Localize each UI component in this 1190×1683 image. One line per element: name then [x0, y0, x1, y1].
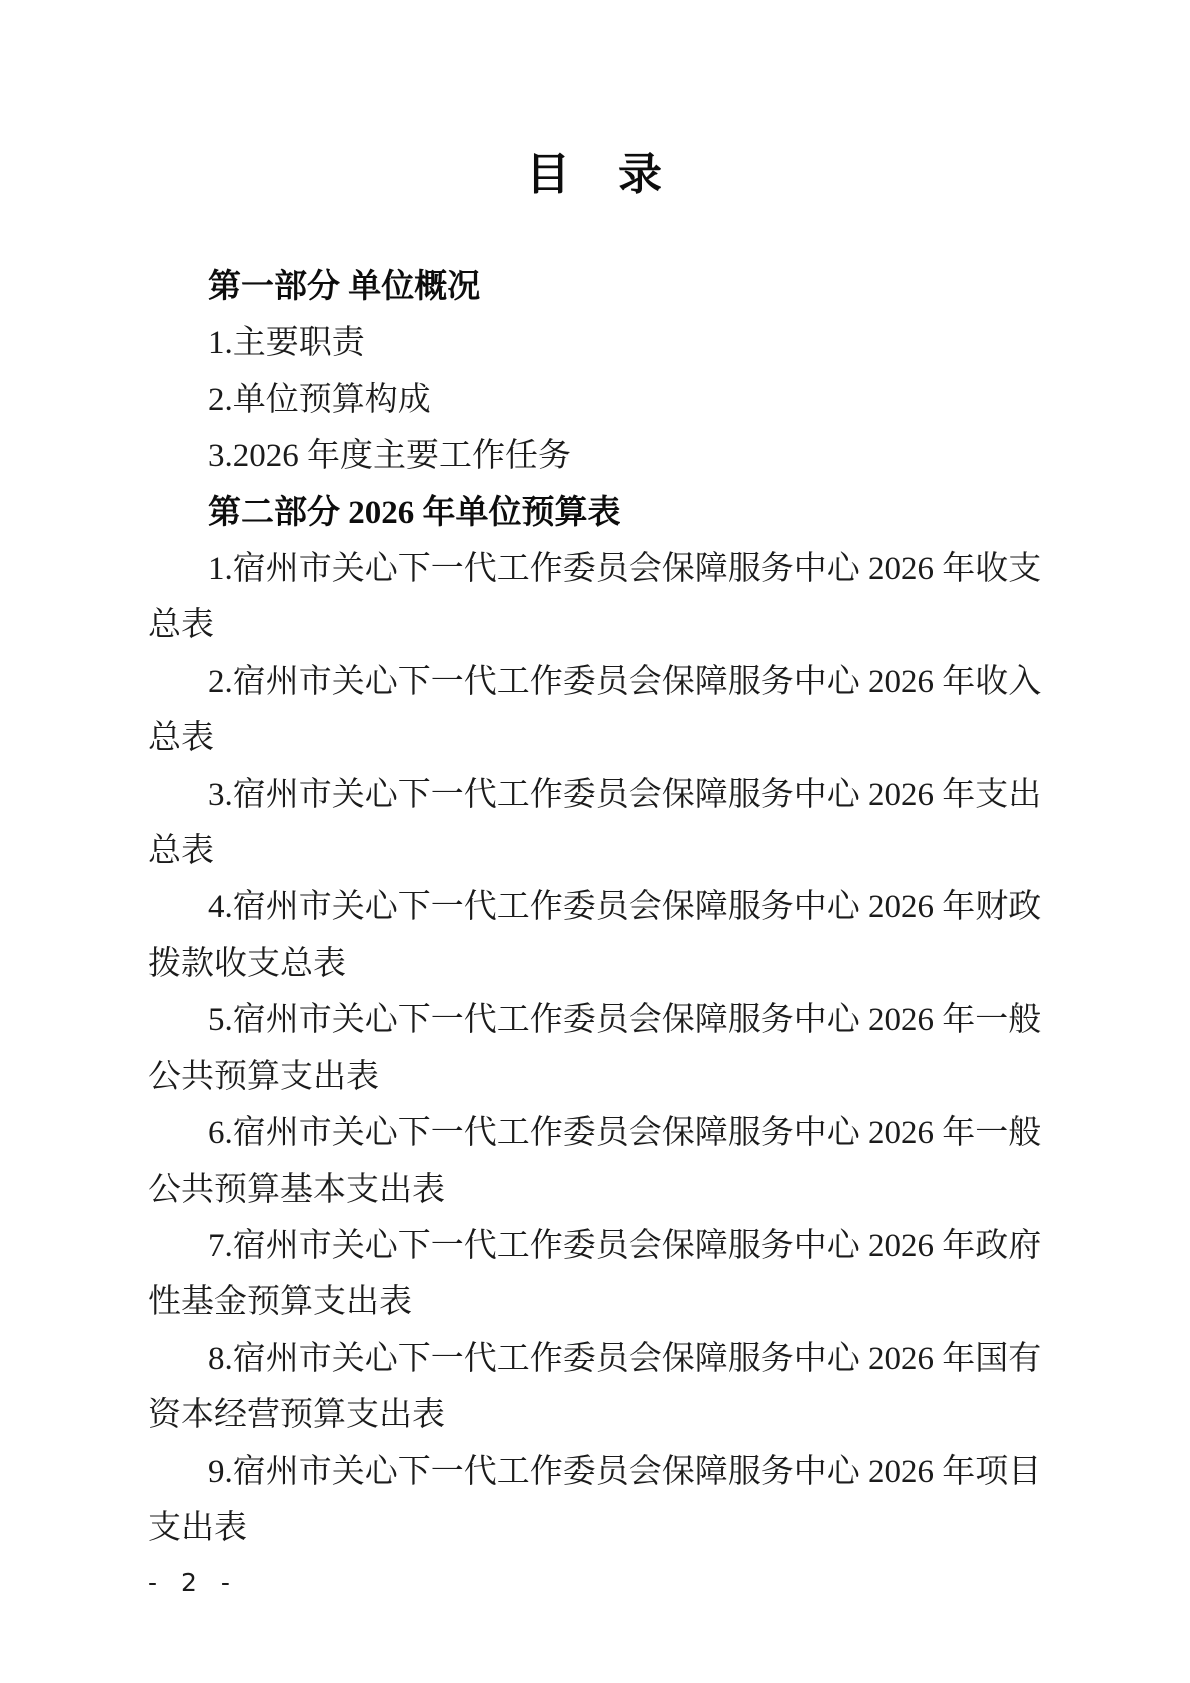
toc-part2-item-1-line2: 总表	[148, 597, 1070, 653]
toc-part2-item-6-line1: 6.宿州市关心下一代工作委员会保障服务中心 2026 年一般	[148, 1105, 1070, 1161]
toc-part2-item-6-line2: 公共预算基本支出表	[148, 1162, 1070, 1218]
page-number: - 2 -	[148, 1568, 238, 1598]
table-of-contents: 第一部分 单位概况 1.主要职责 2.单位预算构成 3.2026 年度主要工作任…	[148, 259, 1070, 1556]
toc-part2-item-8-line2: 资本经营预算支出表	[148, 1387, 1070, 1443]
toc-part1-heading: 第一部分 单位概况	[148, 259, 1070, 315]
toc-part1-item-2: 2.单位预算构成	[148, 372, 1070, 428]
toc-part2-heading: 第二部分 2026 年单位预算表	[148, 485, 1070, 541]
toc-part2-item-5-line2: 公共预算支出表	[148, 1049, 1070, 1105]
toc-part2-item-3-line2: 总表	[148, 823, 1070, 879]
toc-part2-item-4-line2: 拨款收支总表	[148, 936, 1070, 992]
toc-part2-item-4-line1: 4.宿州市关心下一代工作委员会保障服务中心 2026 年财政	[148, 879, 1070, 935]
toc-part2-item-7-line2: 性基金预算支出表	[148, 1274, 1070, 1330]
toc-part2-item-9-line1: 9.宿州市关心下一代工作委员会保障服务中心 2026 年项目	[148, 1444, 1070, 1500]
toc-part1-item-3: 3.2026 年度主要工作任务	[148, 428, 1070, 484]
toc-part2-item-1-line1: 1.宿州市关心下一代工作委员会保障服务中心 2026 年收支	[148, 541, 1070, 597]
page-title: 目 录	[0, 0, 1190, 203]
toc-part2-item-2-line1: 2.宿州市关心下一代工作委员会保障服务中心 2026 年收入	[148, 654, 1070, 710]
toc-part2-item-9-line2: 支出表	[148, 1500, 1070, 1556]
toc-part2-item-2-line2: 总表	[148, 710, 1070, 766]
toc-part2-item-8-line1: 8.宿州市关心下一代工作委员会保障服务中心 2026 年国有	[148, 1331, 1070, 1387]
toc-part2-item-5-line1: 5.宿州市关心下一代工作委员会保障服务中心 2026 年一般	[148, 992, 1070, 1048]
document-page: 目 录 第一部分 单位概况 1.主要职责 2.单位预算构成 3.2026 年度主…	[0, 0, 1190, 1683]
toc-part1-item-1: 1.主要职责	[148, 315, 1070, 371]
toc-part2-item-7-line1: 7.宿州市关心下一代工作委员会保障服务中心 2026 年政府	[148, 1218, 1070, 1274]
toc-part2-item-3-line1: 3.宿州市关心下一代工作委员会保障服务中心 2026 年支出	[148, 767, 1070, 823]
